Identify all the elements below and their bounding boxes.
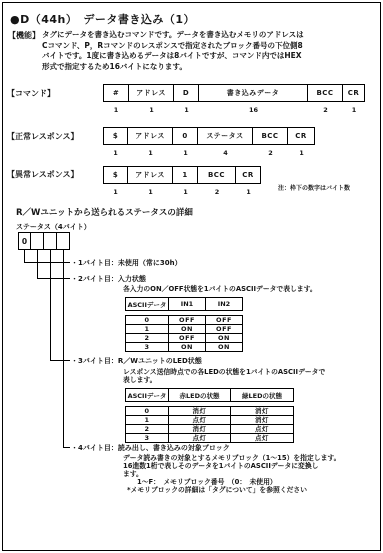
error-response-label: 【異常レスポンス】 (7, 169, 79, 180)
status-byte-cell (57, 232, 70, 250)
table-cell: ON (206, 343, 243, 352)
frame-cell: 0 (173, 127, 198, 145)
byte1-title: ・1バイト目：未使用（常に30h） (71, 258, 182, 268)
status-bytes-label: ステータス（4バイト） (16, 222, 91, 232)
table-row: 1 点灯 消灯 (126, 416, 294, 425)
frame-cell: # (103, 84, 129, 102)
byte-count: 1 (103, 149, 128, 157)
table-cell: 点灯 (169, 416, 231, 425)
table-cell: 2 (126, 425, 169, 434)
command-frame-table: # アドレス D 書き込みデータ BCC CR (103, 84, 365, 102)
command-label: 【コマンド】 (7, 88, 55, 99)
byte-count: 1 (128, 188, 173, 196)
function-description: タグにデータを書き込むコマンドです。データを書き込むメモリのアドレスは Cコマン… (42, 30, 304, 72)
error-response-byte-counts: 1 1 1 2 1 (103, 188, 261, 196)
input-state-table-body: 0 OFF OFF 1 ON OFF 2 OFF ON 3 ON ON (125, 315, 243, 352)
table-header-cell: 赤LEDの状態 (169, 389, 231, 402)
byte-count: 1 (128, 149, 173, 157)
byte3-title: ・3バイト目：R／WユニットのLED状態 (71, 356, 202, 366)
table-header-cell: ASCIIデータ (126, 389, 169, 402)
byte-count-note: 注：枠下の数字はバイト数 (278, 183, 350, 192)
error-response-frame-table: $ アドレス 1 BCC CR (103, 166, 261, 184)
frame-cell: アドレス (128, 166, 173, 184)
table-header-cell: ASCIIデータ (126, 298, 169, 311)
table-row: 2 OFF ON (126, 334, 243, 343)
status-byte-cell (31, 232, 44, 250)
table-cell: 3 (126, 343, 169, 352)
table-row: 0 OFF OFF (126, 316, 243, 325)
byte-count: 1 (174, 106, 199, 114)
byte4-memory-block-reference: *メモリブロックの詳細は「タグについて」を参照ください (127, 484, 307, 494)
frame-cell: CR (343, 84, 365, 102)
table-cell: 3 (126, 434, 169, 443)
table-cell: 点灯 (231, 425, 294, 434)
byte3-description-line2: 表します。 (123, 374, 156, 384)
table-cell: 消灯 (169, 407, 231, 416)
connector-line-vertical-byte2 (37, 250, 38, 279)
led-state-table-body: 0 消灯 消灯 1 点灯 消灯 2 消灯 点灯 3 点灯 点灯 (125, 406, 294, 443)
table-cell: 消灯 (231, 407, 294, 416)
table-cell: 1 (126, 416, 169, 425)
byte-count: 16 (199, 106, 308, 114)
connector-line-vertical-byte3 (50, 250, 51, 361)
byte-count: 1 (343, 106, 365, 114)
table-header-cell: IN2 (206, 298, 243, 311)
table-row: 1 ON OFF (126, 325, 243, 334)
frame-cell: BCC (253, 127, 288, 145)
table-cell: ON (169, 343, 206, 352)
page-title: ●D（44h） データ書き込み（1） (10, 11, 195, 27)
byte-count: 1 (103, 188, 128, 196)
table-cell: OFF (169, 316, 206, 325)
connector-line-horizontal-byte2 (37, 278, 70, 279)
table-cell: 消灯 (169, 425, 231, 434)
table-cell: 消灯 (231, 416, 294, 425)
table-row: 3 点灯 点灯 (126, 434, 294, 443)
input-state-table-header: ASCIIデータ IN1 IN2 (125, 297, 243, 311)
status-byte-box: 0 (18, 232, 70, 250)
byte-count: 1 (103, 106, 129, 114)
byte-count: 2 (308, 106, 343, 114)
status-byte-cell (44, 232, 57, 250)
byte-count: 4 (198, 149, 253, 157)
table-cell: OFF (206, 316, 243, 325)
frame-cell: $ (103, 166, 128, 184)
function-line: タグにデータを書き込むコマンドです。データを書き込むメモリのアドレスは (42, 30, 304, 41)
frame-cell: アドレス (128, 127, 173, 145)
frame-cell: BCC (308, 84, 343, 102)
frame-cell: D (174, 84, 199, 102)
status-byte-cell: 0 (18, 232, 31, 250)
table-row: 2 消灯 点灯 (126, 425, 294, 434)
normal-response-label: 【正常レスポンス】 (7, 131, 79, 142)
connector-line-horizontal-byte1 (24, 262, 70, 263)
table-row: 0 消灯 消灯 (126, 407, 294, 416)
table-cell: OFF (169, 334, 206, 343)
byte-count: 1 (288, 149, 315, 157)
byte-count: 1 (129, 106, 174, 114)
byte-count: 1 (173, 188, 198, 196)
table-header-cell: 緑LEDの状態 (231, 389, 294, 402)
status-detail-heading: R／Wユニットから送られるステータスの詳細 (16, 206, 193, 218)
byte-count: 1 (236, 188, 261, 196)
byte-count: 2 (253, 149, 288, 157)
byte-count: 1 (173, 149, 198, 157)
frame-cell: ステータス (198, 127, 253, 145)
table-cell: 0 (126, 316, 169, 325)
table-cell: ON (169, 325, 206, 334)
connector-line-horizontal-byte4 (63, 447, 70, 448)
frame-cell: 1 (173, 166, 198, 184)
frame-cell: $ (103, 127, 128, 145)
normal-response-frame-table: $ アドレス 0 ステータス BCC CR (103, 127, 315, 145)
led-state-table-header: ASCIIデータ 赤LEDの状態 緑LEDの状態 (125, 388, 294, 402)
table-header-cell: IN1 (169, 298, 206, 311)
frame-cell: CR (288, 127, 315, 145)
byte-count: 2 (198, 188, 236, 196)
frame-cell: CR (236, 166, 261, 184)
frame-cell: BCC (198, 166, 236, 184)
byte4-description-line2: 16進数1桁で表しそのデータを1バイトのASCIIデータに変換し (123, 460, 318, 470)
normal-response-byte-counts: 1 1 1 4 2 1 (103, 149, 315, 157)
table-cell: 点灯 (169, 434, 231, 443)
table-cell: 0 (126, 407, 169, 416)
connector-line-horizontal-byte3 (50, 360, 70, 361)
document-page: ●D（44h） データ書き込み（1） 【機能】 タグにデータを書き込むコマンドで… (0, 0, 383, 553)
table-cell: 点灯 (231, 434, 294, 443)
table-cell: OFF (206, 325, 243, 334)
function-line: Cコマンド、P，Rコマンドのレスポンスで指定されたブロック番号の下位側8 (42, 41, 304, 52)
function-label: 【機能】 (8, 30, 40, 41)
function-line: 形式で指定するため16バイトになります。 (42, 62, 304, 73)
connector-line-vertical-byte4 (63, 250, 64, 448)
frame-cell: アドレス (129, 84, 174, 102)
table-cell: 2 (126, 334, 169, 343)
table-cell: 1 (126, 325, 169, 334)
function-line: バイトです。1度に書き込めるデータは8バイトですが、コマンド内ではHEX (42, 51, 304, 62)
byte2-description: 各入力のON／OFF状態を1バイトのASCIIデータで表します。 (123, 283, 317, 293)
frame-cell: 書き込みデータ (199, 84, 308, 102)
table-row: 3 ON ON (126, 343, 243, 352)
command-byte-counts: 1 1 1 16 2 1 (103, 106, 365, 114)
table-cell: ON (206, 334, 243, 343)
